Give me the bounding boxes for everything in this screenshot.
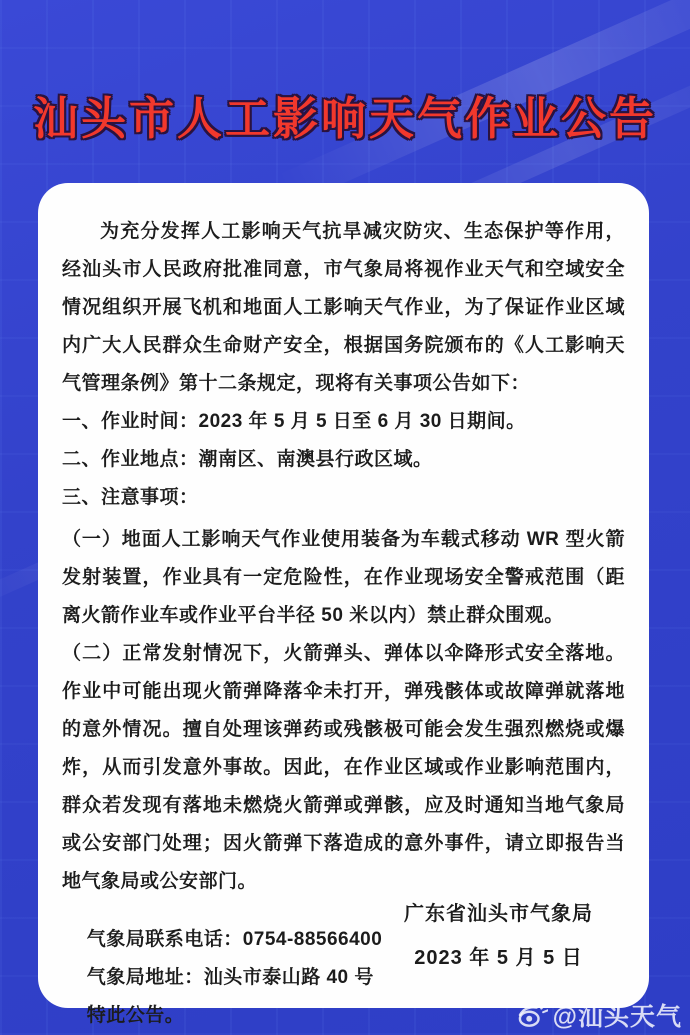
notice-date: 2023 年 5 月 5 日 xyxy=(404,936,593,980)
work-time-item: 一、作业时间：2023 年 5 月 5 日至 6 月 30 日期间。 xyxy=(62,403,625,441)
precautions-item: 三、注意事项： xyxy=(62,479,625,517)
notice-title: 汕头市人工影响天气作业公告 xyxy=(0,82,690,147)
work-location-item: 二、作业地点：潮南区、南澳县行政区域。 xyxy=(62,441,625,479)
weibo-eye-icon xyxy=(516,1002,548,1028)
notice-card: 为充分发挥人工影响天气抗旱减灾防灾、生态保护等作用，经汕头市人民政府批准同意，市… xyxy=(38,183,649,1008)
agency-name: 广东省汕头市气象局 xyxy=(404,892,593,936)
note-paragraph-2: （二）正常发射情况下，火箭弹头、弹体以伞降形式安全落地。作业中可能出现火箭弹降落… xyxy=(62,635,625,901)
notice-item-list: 一、作业时间：2023 年 5 月 5 日至 6 月 30 日期间。 二、作业地… xyxy=(62,403,625,517)
watermark: @汕头天气 xyxy=(516,997,682,1033)
intro-paragraph: 为充分发挥人工影响天气抗旱减灾防灾、生态保护等作用，经汕头市人民政府批准同意，市… xyxy=(62,213,625,403)
note-paragraph-1: （一）地面人工影响天气作业使用装备为车载式移动 WR 型火箭发射装置，作业具有一… xyxy=(62,521,625,635)
signature-block: 广东省汕头市气象局 2023 年 5 月 5 日 xyxy=(404,892,593,980)
watermark-handle: @汕头天气 xyxy=(553,997,682,1033)
